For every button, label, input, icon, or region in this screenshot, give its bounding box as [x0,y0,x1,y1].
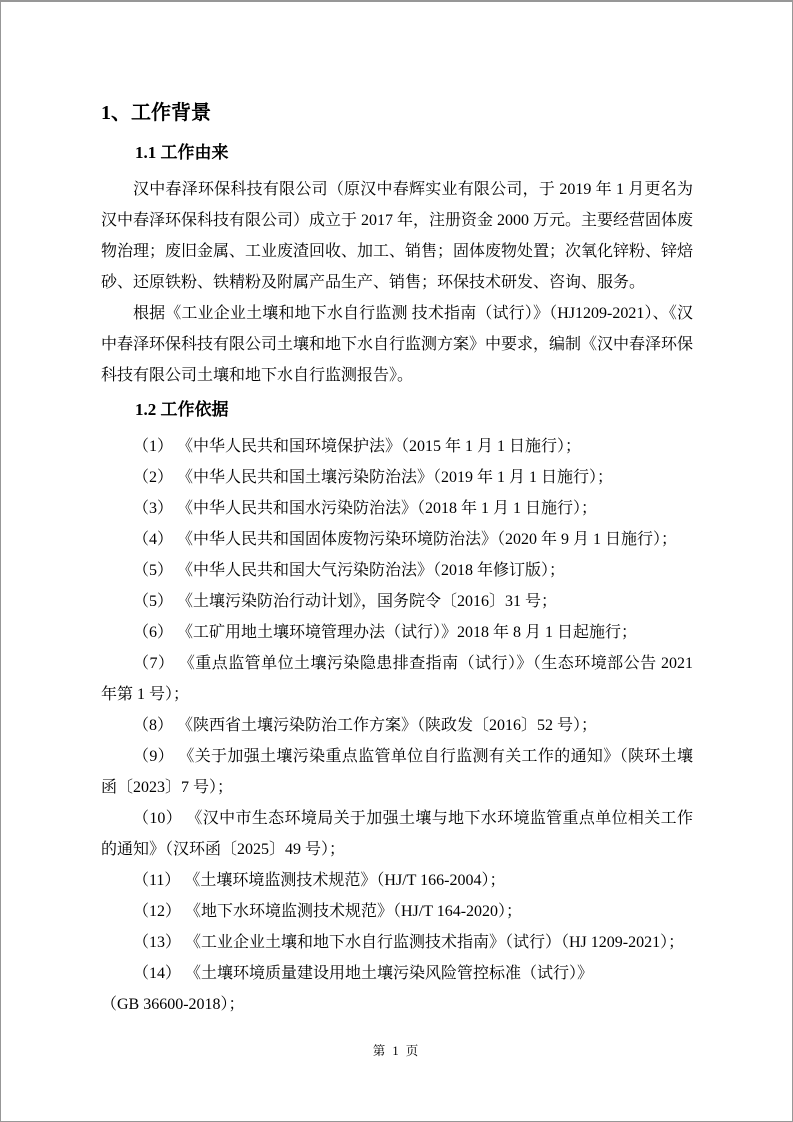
document-paragraph: （8） 《陕西省土壤污染防治工作方案》（陕政发〔2016〕52 号）； [101,710,693,741]
document-paragraph: （7） 《重点监管单位土壤污染隐患排查指南（试行）》（生态环境部公告 2021 … [101,648,693,710]
section-1-1-body: 汉中春泽环保科技有限公司（原汉中春辉实业有限公司，于 2019 年 1 月更名为… [101,174,693,391]
page-content: 1、工作背景 1.1 工作由来 汉中春泽环保科技有限公司（原汉中春辉实业有限公司… [1,2,792,1020]
document-page: 1、工作背景 1.1 工作由来 汉中春泽环保科技有限公司（原汉中春辉实业有限公司… [0,0,793,1122]
document-paragraph: （13） 《工业企业土壤和地下水自行监测技术指南》（试行）（HJ 1209-20… [101,927,693,958]
document-paragraph: （6） 《工矿用地土壤环境管理办法（试行）》2018 年 8 月 1 日起施行； [101,617,693,648]
document-paragraph: （14） 《土壤环境质量建设用地土壤污染风险管控标准（试行）》 （GB 3660… [101,958,693,1020]
section-heading-1-1: 1.1 工作由来 [101,140,693,166]
document-paragraph: （12） 《地下水环境监测技术规范》（HJ/T 164-2020）； [101,896,693,927]
document-paragraph: （9） 《关于加强土壤污染重点监管单位自行监测有关工作的通知》（陕环土壤函〔20… [101,741,693,803]
page-number: 第 1 页 [1,1042,792,1060]
document-paragraph: 汉中春泽环保科技有限公司（原汉中春辉实业有限公司，于 2019 年 1 月更名为… [101,174,693,298]
document-paragraph: 根据《工业企业土壤和地下水自行监测 技术指南（试行）》（HJ1209-2021）… [101,298,693,391]
document-paragraph: （5） 《土壤污染防治行动计划》，国务院令〔2016〕31 号； [101,586,693,617]
chapter-heading: 1、工作背景 [101,98,693,128]
section-heading-1-2: 1.2 工作依据 [101,397,693,423]
document-paragraph: （4） 《中华人民共和国固体废物污染环境防治法》（2020 年 9 月 1 日施… [101,524,693,555]
document-paragraph: （2） 《中华人民共和国土壤污染防治法》（2019 年 1 月 1 日施行）； [101,462,693,493]
document-paragraph: （1） 《中华人民共和国环境保护法》（2015 年 1 月 1 日施行）； [101,431,693,462]
document-paragraph: （10） 《汉中市生态环境局关于加强土壤与地下水环境监管重点单位相关工作的通知》… [101,803,693,865]
section-1-2-body: （1） 《中华人民共和国环境保护法》（2015 年 1 月 1 日施行）；（2）… [101,431,693,1020]
document-paragraph: （5） 《中华人民共和国大气污染防治法》（2018 年修订版）； [101,555,693,586]
document-paragraph: （3） 《中华人民共和国水污染防治法》（2018 年 1 月 1 日施行）； [101,493,693,524]
document-paragraph: （11） 《土壤环境监测技术规范》（HJ/T 166-2004）； [101,865,693,896]
